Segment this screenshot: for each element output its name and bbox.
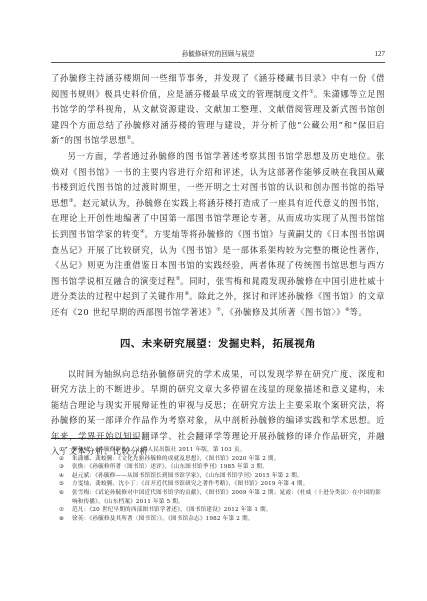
footnote-text: 范凡：《20 世纪早期的西部图书馆学著述》，《图书馆建设》2012 年第 1 期… [72,507,272,513]
footnote-text: 柳和城：《孙毓修评传》，上海人民出版社 2011 年版，第 103 页。 [72,447,245,453]
footnote-text: 赵元斌：《孙毓修——从图书馆馆长到图书馆学家》，《山东图书馆学刊》2015 年第… [72,473,303,479]
footnote-item: ①柳和城：《孙毓修评传》，上海人民出版社 2011 年版，第 103 页。 [51,446,385,455]
body-text: 了孙毓修主持涵芬楼期间一些细节事务，并发现了《涵芬楼藏书目录》中有一份《借阅图书… [51,71,385,460]
footnote-item: ④赵元斌：《孙毓修——从图书馆馆长到图书馆学家》，《山东图书馆学刊》2015 年… [51,472,385,481]
running-title: 孙毓修研究的回顾与展望 [51,48,385,60]
footnote-item: ②朱潇娜、龚蛟腾：《文化先驱孙毓修的成就及思想》，《图书馆》2020 年第 2 … [51,455,385,464]
footnote-text: 方雯灿、龚蛟腾、沈小丁：《首开近代图书馆研究之著作考略》，《图书馆》2019 年… [72,481,309,487]
footnote-marker: ② [59,455,64,464]
footnote-marker: ③ [59,463,64,472]
footnote-marker: ⑤ [59,480,64,489]
footnote-marker: ⑧ [59,515,64,524]
journal-page: 孙毓修研究的回顾与展望 127 了孙毓修主持涵芬楼期间一些细节事务，并发现了《涵… [0,0,427,601]
footnotes-list: ①柳和城：《孙毓修评传》，上海人民出版社 2011 年版，第 103 页。 ②朱… [51,446,385,523]
footnote-item: ⑧徐英：《孙毓修及其所著〈图书馆〉》，《图书馆杂志》1982 年第 2 期。 [51,515,385,524]
page-number: 127 [375,48,386,60]
footnote-marker: ⑦ [59,506,64,515]
paragraph-library-science-thought: 另一方面，学者通过孙毓修的图书馆学著述考察其图书馆学思想及历史地位。张焕对《图书… [51,149,385,321]
footnote-text: 张雪梅：《试论孙毓修对中国近代图书馆学的贡献》，《图书馆》2009 年第 2 期… [72,490,381,505]
running-header: 孙毓修研究的回顾与展望 127 [51,48,385,62]
footnote-item: ③张焕：《孙毓修所著〈图书馆〉述评》，《山东图书馆季刊》1985 年第 3 期。 [51,463,385,472]
paragraph-text: 、《孙毓修及其所著〈图书馆〉》 [221,307,345,317]
footnote-marker: ① [59,446,64,455]
paragraph-涵芬楼-management: 了孙毓修主持涵芬楼期间一些细节事务，并发现了《涵芬楼藏书目录》中有一份《借阅图书… [51,71,385,149]
footnote-item: ⑦范凡：《20 世纪早期的西部图书馆学著述》，《图书馆建设》2012 年第 1 … [51,506,385,515]
section-heading: 四、未来研究展望：发掘史料，拓展视角 [51,321,385,367]
footnote-item: ⑥张雪梅：《试论孙毓修对中国近代图书馆学的贡献》，《图书馆》2009 年第 2 … [51,489,385,506]
footnote-rule [51,438,139,439]
header-rule [51,62,385,63]
footnote-marker: ④ [59,472,64,481]
footnote-text: 朱潇娜、龚蛟腾：《文化先驱孙毓修的成就及思想》，《图书馆》2020 年第 2 期… [72,456,280,462]
paragraph-text: 。 [131,135,140,145]
footnote-text: 徐英：《孙毓修及其所著〈图书馆〉》，《图书馆杂志》1982 年第 2 期。 [72,516,254,522]
footnote-text: 张焕：《孙毓修所著〈图书馆〉述评》，《山东图书馆季刊》1985 年第 3 期。 [72,464,268,470]
footnote-item: ⑤方雯灿、龚蛟腾、沈小丁：《首开近代图书馆研究之著作考略》，《图书馆》2019 … [51,480,385,489]
paragraph-text: 等。 [350,307,368,317]
footnote-marker: ⑥ [59,489,64,498]
